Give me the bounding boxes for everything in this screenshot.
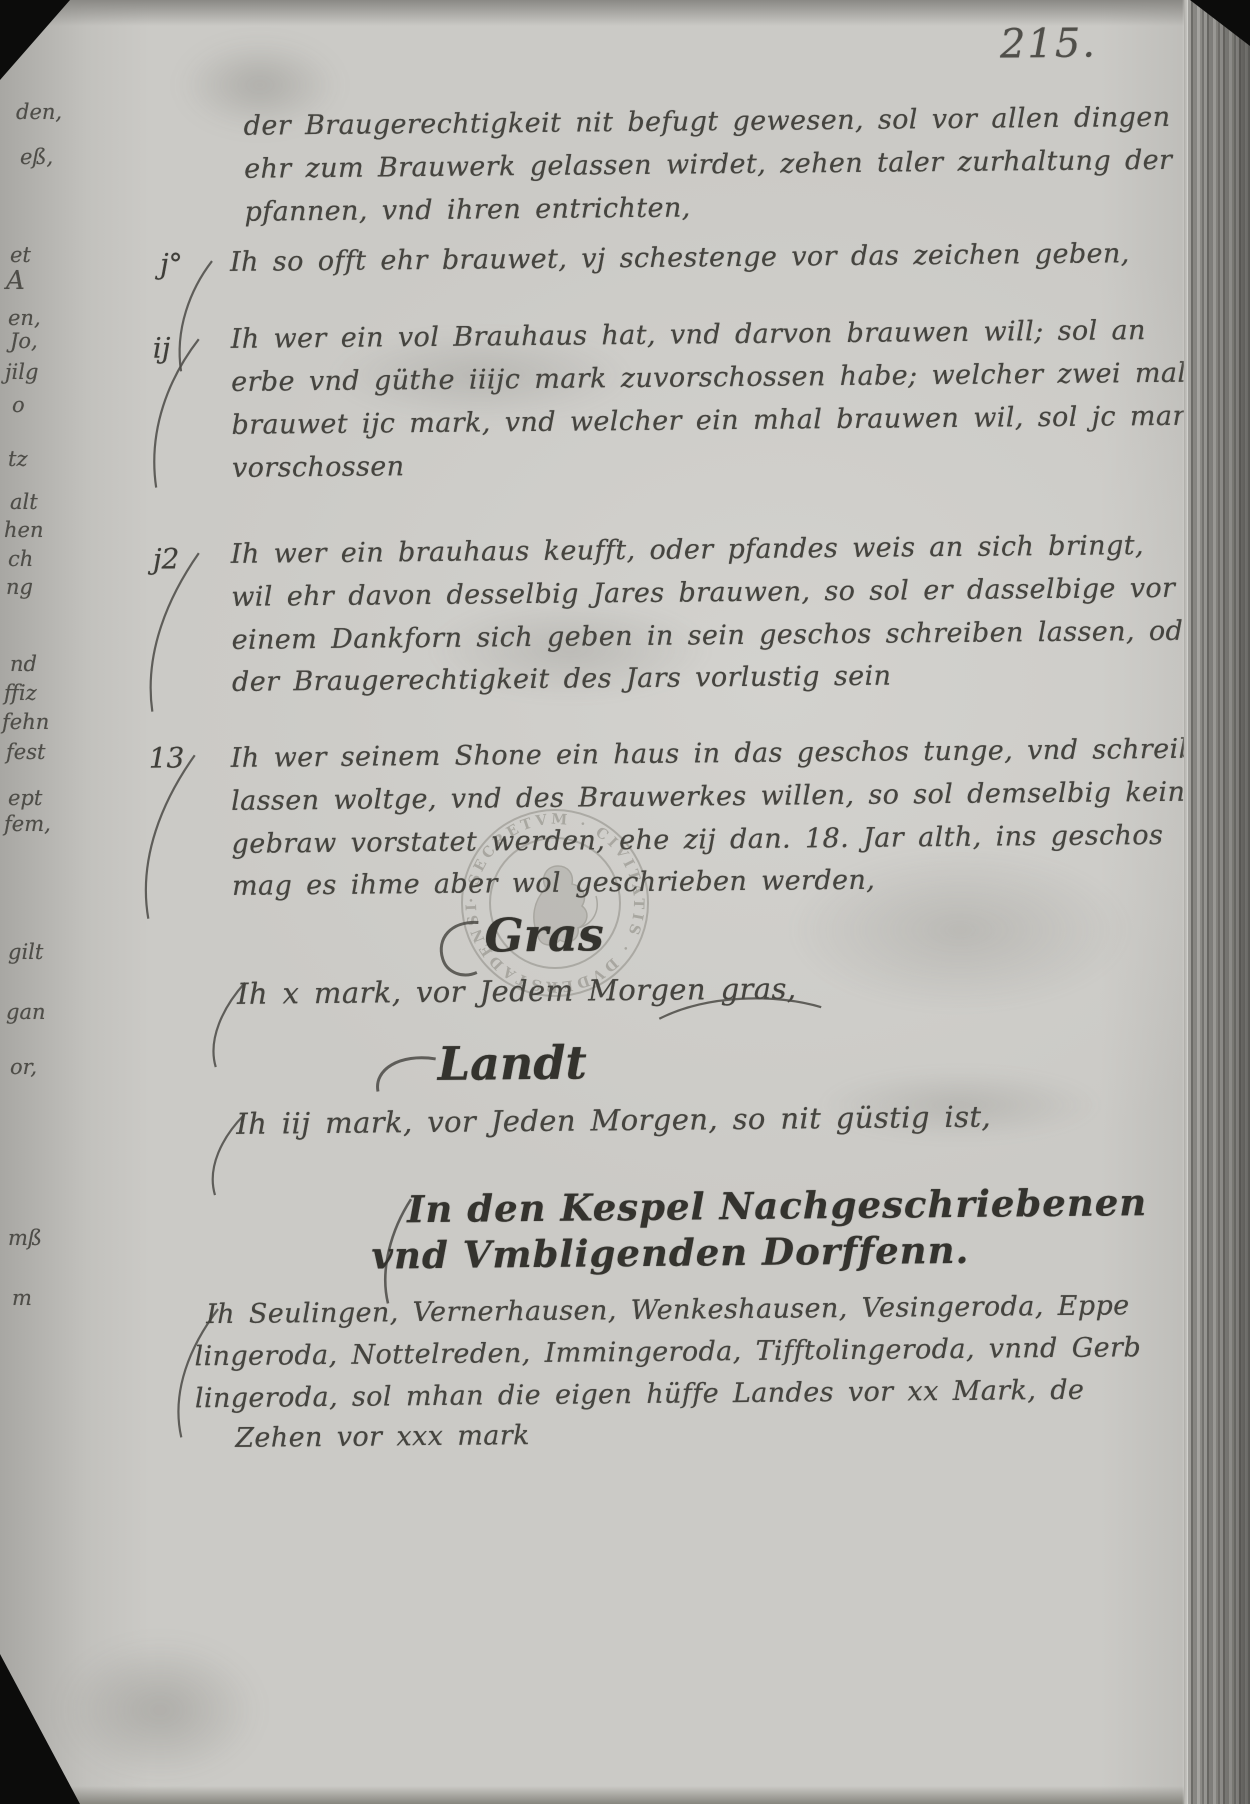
- villages-line: lingeroda, sol mhan die eigen hüffe Land…: [195, 1375, 1085, 1415]
- margin-fragment: gan: [6, 1000, 46, 1024]
- page-stack-edge: [1184, 0, 1250, 1804]
- intro-line: ehr zum Brauwerk gelassen wirdet, zehen …: [244, 145, 1173, 185]
- item-line: gebraw vorstatet werden, ehe zij dan. 18…: [231, 820, 1163, 860]
- margin-fragment: fest: [6, 740, 45, 764]
- margin-fragment: den,: [16, 100, 62, 124]
- item-line: Ih so offt ehr brauwet, vj schestenge vo…: [230, 238, 1130, 278]
- margin-fragment: eß,: [20, 145, 53, 169]
- margin-fragment: ffiz: [4, 681, 37, 705]
- pen-flourish: [370, 1051, 440, 1102]
- handwritten-text-layer: 215. der Braugerechtigkeit nit befugt ge…: [0, 0, 1250, 1804]
- margin-fragment: fehn: [2, 710, 49, 734]
- intro-line: der Braugerechtigkeit nit befugt gewesen…: [244, 101, 1236, 142]
- margin-fragment: tz: [8, 447, 28, 471]
- margin-fragment: hen: [4, 518, 43, 542]
- manuscript-scan: · SECRETVM · CIVITATIS · DVDERSTADENSIS …: [0, 0, 1250, 1804]
- margin-fragment: Jo,: [10, 329, 38, 353]
- item-line: wil ehr davon desselbig Jares brauwen, s…: [231, 573, 1175, 613]
- margin-fragment: fem,: [4, 812, 51, 836]
- pen-flourish: [141, 337, 213, 498]
- item-line: brauwet ijc mark, vnd welcher ein mhal b…: [231, 401, 1202, 441]
- margin-fragment: ch: [8, 547, 33, 571]
- margin-fragment: jilg: [5, 360, 38, 384]
- item-line: Ih wer seinem Shone ein haus in das gesc…: [231, 733, 1231, 774]
- margin-fragment: ng: [6, 575, 33, 599]
- margin-fragment: nd: [10, 652, 37, 676]
- margin-fragment: en,: [8, 306, 41, 330]
- item-line: vorschossen: [232, 451, 405, 484]
- item-line: Ih wer ein brauhaus keufft, oder pfandes…: [231, 530, 1144, 570]
- villages-line: Ih Seulingen, Vernerhausen, Wenkeshausen…: [206, 1290, 1130, 1330]
- margin-fragment: gilt: [8, 940, 43, 964]
- landt-heading: Landt: [437, 1035, 587, 1090]
- margin-fragment: m: [12, 1286, 32, 1310]
- kespel-heading-line1: In den Kespel Nachgeschriebenen: [407, 1180, 1147, 1231]
- margin-fragment: o: [12, 393, 25, 417]
- intro-line: pfannen, vnd ihren entrichten,: [244, 192, 690, 227]
- item-line: einem Dankforn sich geben in sein gescho…: [231, 615, 1213, 655]
- item-line: mag es ihme aber wol geschrieben werden,: [232, 865, 875, 902]
- item-line: lassen woltge, vnd des Brauwerkes willen…: [231, 777, 1185, 817]
- margin-fragment: alt: [10, 490, 38, 514]
- margin-fragment: mß: [8, 1226, 42, 1250]
- item-line: erbe vnd güthe iiijc mark zuvorschossen …: [231, 358, 1187, 398]
- item-line: Ih wer ein vol Brauhaus hat, vnd darvon …: [231, 315, 1146, 355]
- pen-flourish: [434, 916, 485, 982]
- margin-fragment: or,: [10, 1055, 37, 1079]
- page-number: 215.: [1000, 21, 1097, 68]
- pen-flourish: [657, 991, 827, 1033]
- margin-fragment: A: [6, 266, 25, 296]
- pen-flourish: [135, 753, 207, 929]
- margin-fragment: ept: [8, 786, 42, 810]
- kespel-heading-line2: vnd Vmbligenden Dorffenn.: [371, 1228, 969, 1278]
- item-line: der Braugerechtigkeit des Jars vorlustig…: [232, 661, 892, 698]
- villages-line: Zehen vor xxx mark: [235, 1420, 530, 1454]
- villages-line: lingeroda, Nottelreden, Immingeroda, Tif…: [194, 1332, 1141, 1372]
- page-edge-highlight: [1182, 0, 1188, 1804]
- margin-fragment: et: [10, 243, 31, 267]
- landt-line: Ih iij mark, vor Jeden Morgen, so nit gü…: [236, 1100, 991, 1141]
- pen-flourish: [139, 551, 211, 722]
- gras-heading: Gras: [484, 907, 604, 962]
